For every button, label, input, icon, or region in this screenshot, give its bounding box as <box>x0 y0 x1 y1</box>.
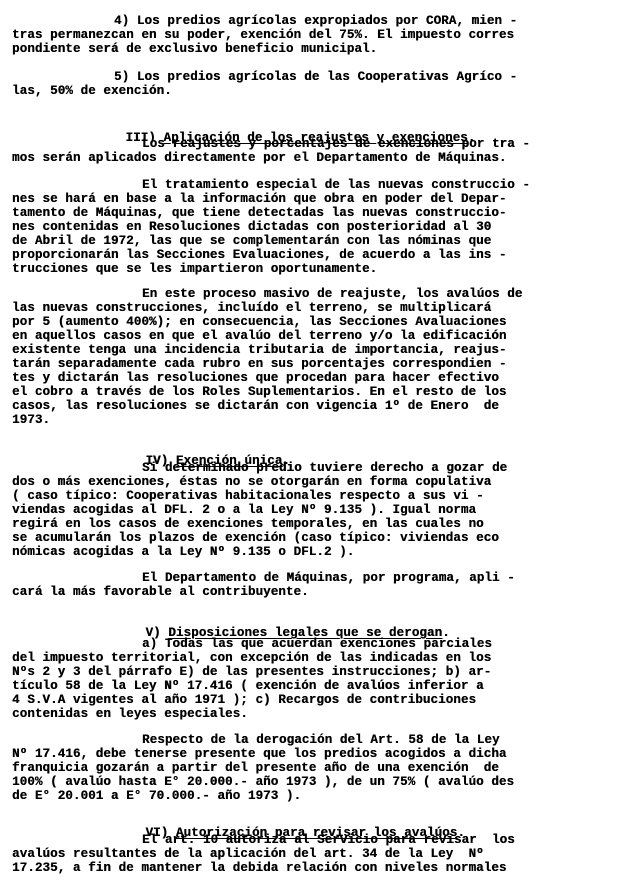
paragraph-line: En este proceso masivo de reajuste, los … <box>142 287 522 301</box>
paragraph-line: Los reajustes y porcentajes de exencione… <box>142 137 530 151</box>
paragraph-line: 4) Los predios agrícolas expropiados por… <box>114 14 517 28</box>
paragraph-line: por 5 (aumento 400%); en consecuencia, l… <box>12 315 507 329</box>
paragraph-line: 17.235, a fin de mantener la debida rela… <box>12 861 507 875</box>
paragraph-line: existente tenga una incidencia tributari… <box>12 343 507 357</box>
paragraph-line: proporcionarán las Secciones Evaluacione… <box>12 248 507 262</box>
paragraph-line: El Departamento de Máquinas, por program… <box>142 571 515 585</box>
paragraph-line: de E° 20.001 a E° 70.000.- año 1973 ). <box>12 789 301 803</box>
paragraph-line: Si determinado predio tuviere derecho a … <box>142 461 507 475</box>
paragraph-line: Nº 17.416, debe tenerse presente que los… <box>12 747 507 761</box>
paragraph-line: a) Todas las que acuerdan exenciones par… <box>142 637 492 651</box>
paragraph-line: las nuevas construcciones, incluído el t… <box>12 301 491 315</box>
paragraph-line: 4 S.V.A vigentes al año 1971 ); c) Recar… <box>12 693 476 707</box>
paragraph-line: contenidas en leyes especiales. <box>12 707 248 721</box>
paragraph-line: las, 50% de exención. <box>12 84 172 98</box>
paragraph-line: Nºs 2 y 3 del párrafo E) de las presente… <box>12 665 491 679</box>
paragraph-line: trucciones que se les impartieron oportu… <box>12 262 377 276</box>
paragraph-line: El tratamiento especial de las nuevas co… <box>142 178 530 192</box>
paragraph-line: tamento de Máquinas, que tiene detectada… <box>12 206 507 220</box>
paragraph-line: se acumularán los plazos de exención (ca… <box>12 531 499 545</box>
paragraph-line: mos serán aplicados directamente por el … <box>12 151 507 165</box>
paragraph-line: El art. 10 autoriza al Servicio para rev… <box>142 833 515 847</box>
paragraph-line: tras permanezcan en su poder, exención d… <box>12 28 514 42</box>
paragraph-line: tículo 58 de la Ley Nº 17.416 ( exención… <box>12 679 484 693</box>
paragraph-line: tes y dictarán las resoluciones que proc… <box>12 371 499 385</box>
paragraph-line: avalúos resultantes de la aplicación del… <box>12 847 484 861</box>
typewritten-document-page: 4) Los predios agrícolas expropiados por… <box>0 0 630 889</box>
paragraph-line: viendas acogidas al DFL. 2 o a la Ley Nº… <box>12 503 476 517</box>
paragraph-line: nes se hará en base a la información que… <box>12 192 507 206</box>
paragraph-line: del impuesto territorial, con excepción … <box>12 651 491 665</box>
paragraph-line: Respecto de la derogación del Art. 58 de… <box>142 733 500 747</box>
paragraph-line: regirá en los casos de exenciones tempor… <box>12 517 484 531</box>
paragraph-line: franquicia gozarán a partir del presente… <box>12 761 499 775</box>
paragraph-line: cará la más favorable al contribuyente. <box>12 585 309 599</box>
paragraph-line: 100% ( avalúo hasta E° 20.000.- año 1973… <box>12 775 514 789</box>
paragraph-line: tarán separadamente cada rubro en sus po… <box>12 357 507 371</box>
paragraph-line: de Abril de 1972, las que se complementa… <box>12 234 491 248</box>
paragraph-line: en aquellos casos en que el avalúo del t… <box>12 329 507 343</box>
paragraph-line: ( caso típico: Cooperativas habitacional… <box>12 489 484 503</box>
paragraph-line: 1973. <box>12 413 50 427</box>
paragraph-line: nómicas acogidas a la Ley Nº 9.135 o DFL… <box>12 545 354 559</box>
paragraph-line: nes contenidas en Resoluciones dictadas … <box>12 220 491 234</box>
paragraph-line: el cobro a través de los Roles Suplement… <box>12 385 507 399</box>
paragraph-line: dos o más exenciones, éstas no se otorga… <box>12 475 491 489</box>
paragraph-line: 5) Los predios agrícolas de las Cooperat… <box>114 70 517 84</box>
paragraph-line: pondiente será de exclusivo beneficio mu… <box>12 42 377 56</box>
paragraph-line: casos, las resoluciones se dictarán con … <box>12 399 499 413</box>
